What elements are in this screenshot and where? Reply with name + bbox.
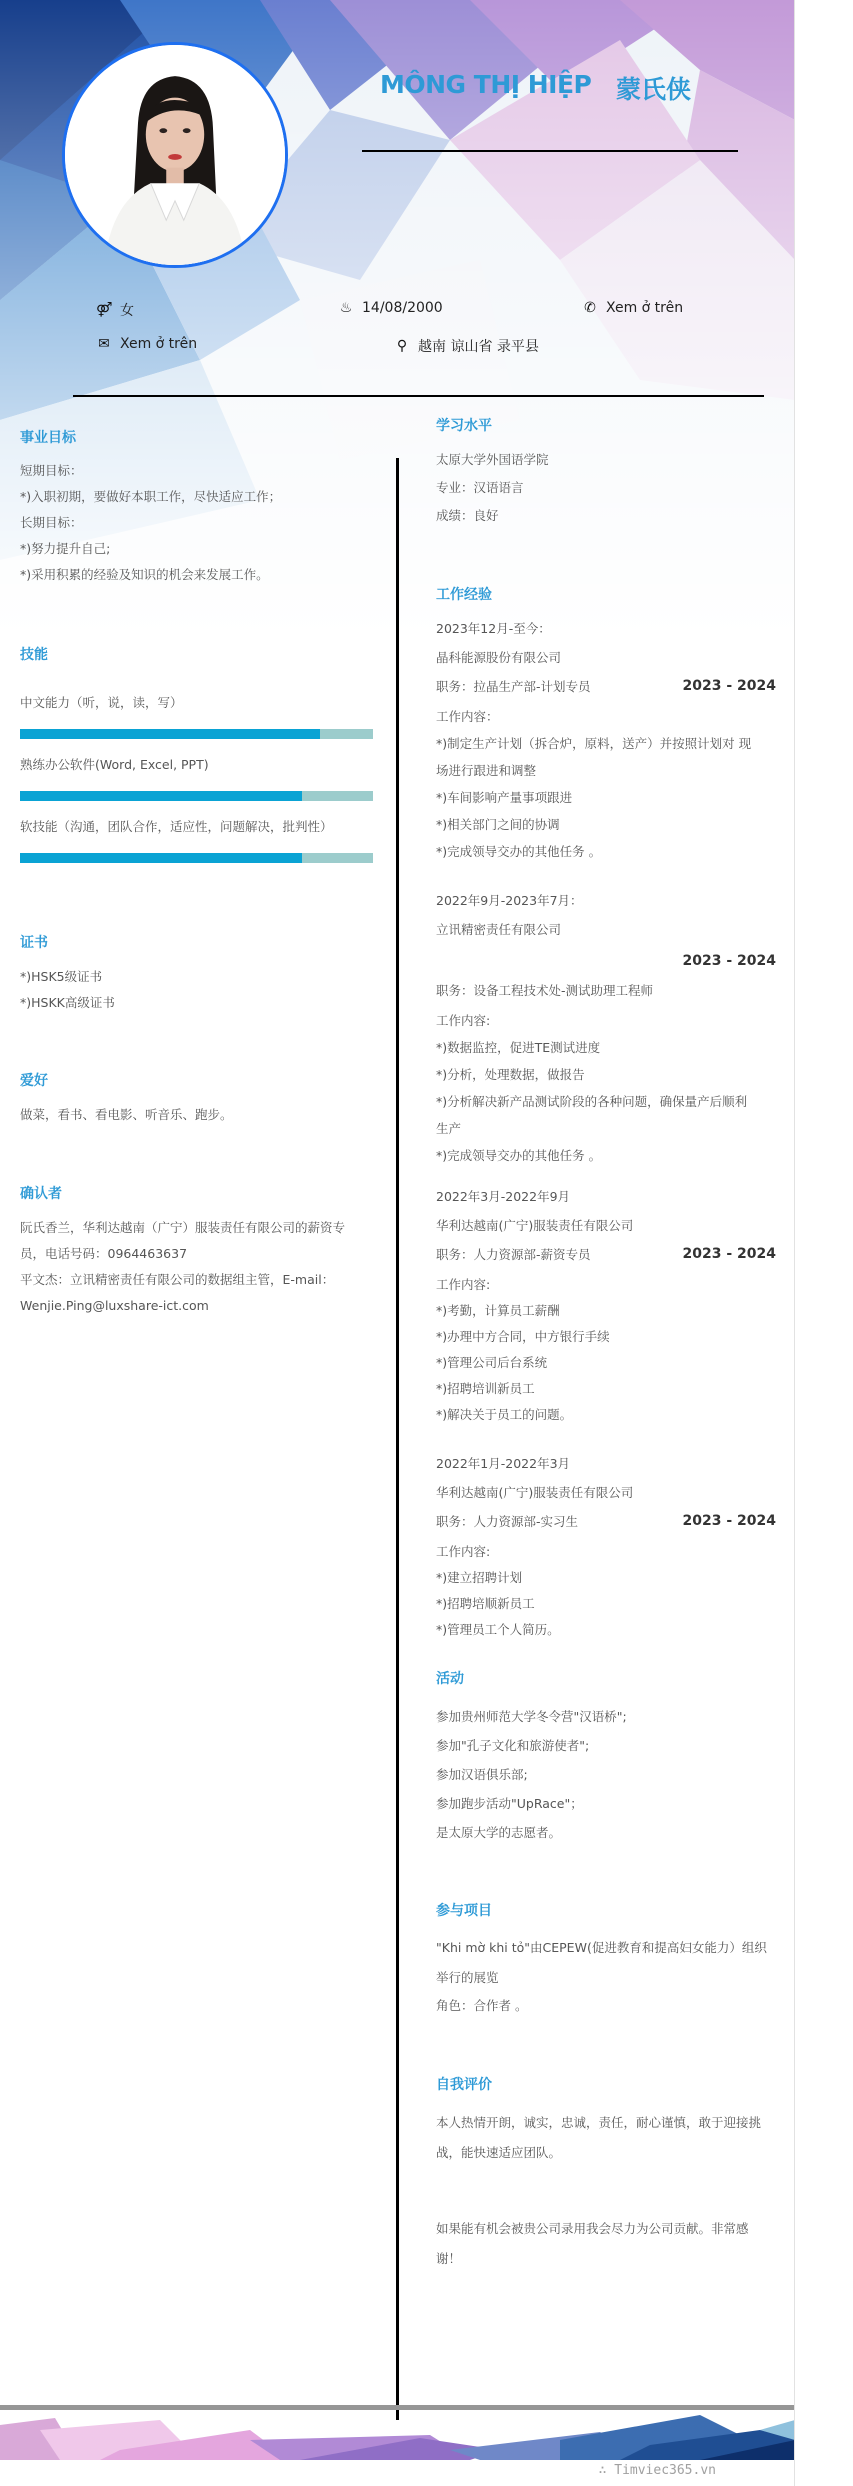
address-field: ⚲ 越南 谅山省 录平县 bbox=[394, 336, 539, 356]
activity-line: 参加贵州师范大学冬令营"汉语桥"; bbox=[436, 1704, 627, 1730]
gender-icon: ⚤ bbox=[96, 302, 112, 318]
name-vietnamese: MÔNG THỊ HIỆP bbox=[380, 70, 591, 99]
job-duty: *)解决关于员工的问题。 bbox=[436, 1402, 572, 1428]
job-duty: *)完成领导交办的其他任务 。 bbox=[436, 1143, 601, 1169]
activity-line: 参加跑步活动"UpRace"； bbox=[436, 1791, 583, 1817]
career-line: 长期目标： bbox=[20, 510, 83, 536]
job-duty: *)管理员工个人简历。 bbox=[436, 1617, 560, 1643]
job-company: 晶科能源股份有限公司 bbox=[436, 645, 561, 671]
phone-field: ✆ Xem ở trên bbox=[582, 300, 683, 316]
job-duty: 生产 bbox=[436, 1116, 461, 1142]
job-duty: *)数据监控，促进TE测试进度 bbox=[436, 1035, 600, 1061]
job-content-label: 工作内容： bbox=[436, 704, 499, 730]
section-title-experience: 工作经验 bbox=[436, 584, 492, 604]
job-duty: *)完成领导交办的其他任务 。 bbox=[436, 839, 601, 865]
job-company: 华利达越南(广宁)服装责任有限公司 bbox=[436, 1480, 633, 1506]
reference-line: 阮氏香兰，华利达越南（广宁）服装责任有限公司的薪资专 bbox=[20, 1215, 345, 1241]
map-marker-icon: ⚲ bbox=[394, 338, 410, 354]
section-title-self-eval: 自我评价 bbox=[436, 2074, 492, 2094]
certificate-line: *)HSK5级证书 bbox=[20, 964, 102, 990]
gender-field: ⚤ 女 bbox=[96, 300, 134, 320]
job-duty: *)招聘培顺新员工 bbox=[436, 1591, 535, 1617]
job-period: 2023 - 2024 bbox=[600, 1513, 776, 1529]
job-duty: *)分析解决新产品测试阶段的各种问题，确保量产后顺利 bbox=[436, 1089, 747, 1115]
job-period: 2023 - 2024 bbox=[600, 953, 776, 969]
job-position: 职务：设备工程技术处-测试助理工程师 bbox=[436, 978, 653, 1004]
skill-bar bbox=[20, 791, 373, 801]
job-date: 2022年9月-2023年7月： bbox=[436, 888, 583, 914]
reference-line: Wenjie.Ping@luxshare-ict.com bbox=[20, 1293, 209, 1319]
job-duty: *)考勤，计算员工薪酬 bbox=[436, 1298, 560, 1324]
job-date: 2023年12月-至今： bbox=[436, 616, 551, 642]
education-line: 专业：汉语语言 bbox=[436, 475, 524, 501]
career-line: *)入职初期，要做好本职工作，尽快适应工作； bbox=[20, 484, 281, 510]
job-content-label: 工作内容: bbox=[436, 1272, 490, 1298]
job-duty: *)车间影响产量事项跟进 bbox=[436, 785, 572, 811]
resume-page: MÔNG THỊ HIỆP 蒙氏侠 ⚤ 女 ♨ 14/08/2000 ✆ Xem… bbox=[0, 0, 795, 2486]
section-title-skills: 技能 bbox=[20, 644, 48, 664]
skill-label: 中文能力（听，说，读，写） bbox=[20, 690, 183, 716]
skill-label: 熟练办公软件(Word, Excel, PPT) bbox=[20, 752, 209, 778]
section-title-hobbies: 爱好 bbox=[20, 1070, 48, 1090]
activity-line: 是太原大学的志愿者。 bbox=[436, 1820, 561, 1846]
profile-photo bbox=[62, 42, 288, 268]
job-content-label: 工作内容: bbox=[436, 1539, 490, 1565]
job-position: 职务：人力资源部-薪资专员 bbox=[436, 1242, 591, 1268]
skill-label: 软技能（沟通，团队合作，适应性，问题解决，批判性） bbox=[20, 814, 333, 840]
reference-line: 员，电话号码：0964463637 bbox=[20, 1241, 187, 1267]
job-position: 职务：人力资源部-实习生 bbox=[436, 1509, 578, 1535]
skill-bar-fill bbox=[20, 729, 320, 739]
job-duty: *)招聘培训新员工 bbox=[436, 1376, 535, 1402]
column-divider bbox=[396, 458, 399, 2420]
job-position: 职务：拉晶生产部-计划专员 bbox=[436, 674, 591, 700]
header-divider bbox=[73, 395, 764, 397]
career-line: *)采用积累的经验及知识的机会来发展工作。 bbox=[20, 562, 269, 588]
closing-line: 如果能有机会被贵公司录用我会尽力为公司贡献。非常感 bbox=[436, 2216, 749, 2242]
skill-bar-fill bbox=[20, 791, 302, 801]
certificate-line: *)HSKK高级证书 bbox=[20, 990, 115, 1016]
job-date: 2022年3月-2022年9月 bbox=[436, 1184, 570, 1210]
name-chinese: 蒙氏侠 bbox=[616, 70, 691, 106]
job-period: 2023 - 2024 bbox=[600, 1246, 776, 1262]
job-duty: *)建立招聘计划 bbox=[436, 1565, 522, 1591]
section-title-certificates: 证书 bbox=[20, 932, 48, 952]
job-period: 2023 - 2024 bbox=[600, 678, 776, 694]
job-company: 华利达越南(广宁)服装责任有限公司 bbox=[436, 1213, 633, 1239]
self-eval-line: 战，能快速适应团队。 bbox=[436, 2140, 561, 2166]
job-content-label: 工作内容: bbox=[436, 1008, 490, 1034]
education-line: 太原大学外国语学院 bbox=[436, 447, 549, 473]
activity-line: 参加汉语俱乐部; bbox=[436, 1762, 528, 1788]
job-company: 立讯精密责任有限公司 bbox=[436, 917, 561, 943]
birthday-field: ♨ 14/08/2000 bbox=[338, 300, 443, 316]
skill-bar-fill bbox=[20, 853, 302, 863]
self-eval-line: 本人热情开朗，诚实，忠诚，责任，耐心谨慎，敢于迎接挑 bbox=[436, 2110, 761, 2136]
phone-icon: ✆ bbox=[582, 300, 598, 316]
job-duty: *)相关部门之间的协调 bbox=[436, 812, 560, 838]
job-date: 2022年1月-2022年3月 bbox=[436, 1451, 570, 1477]
project-line: 举行的展览 bbox=[436, 1965, 499, 1991]
job-duty: 场进行跟进和调整 bbox=[436, 758, 536, 784]
closing-line: 谢！ bbox=[436, 2246, 461, 2272]
name-underline bbox=[362, 150, 738, 152]
skill-bar bbox=[20, 729, 373, 739]
section-title-projects: 参与项目 bbox=[436, 1900, 492, 1920]
career-line: 短期目标： bbox=[20, 458, 83, 484]
job-duty: *)制定生产计划（拆合炉，原料，送产）并按照计划对 现 bbox=[436, 731, 751, 757]
job-duty: *)管理公司后台系统 bbox=[436, 1350, 547, 1376]
project-line: "Khi mờ khi tỏ"由CEPEW(促进教育和提高妇女能力）组织 bbox=[436, 1935, 767, 1961]
job-duty: *)办理中方合同，中方银行手续 bbox=[436, 1324, 610, 1350]
email-icon: ✉ bbox=[96, 336, 112, 352]
footer-decoration bbox=[0, 2410, 795, 2460]
section-title-career: 事业目标 bbox=[20, 427, 76, 447]
job-duty: *)分析，处理数据，做报告 bbox=[436, 1062, 585, 1088]
birthday-cake-icon: ♨ bbox=[338, 300, 354, 316]
activity-line: 参加"孔子文化和旅游使者"; bbox=[436, 1733, 589, 1759]
section-title-activities: 活动 bbox=[436, 1668, 464, 1688]
education-line: 成绩：良好 bbox=[436, 503, 499, 529]
project-line: 角色：合作者 。 bbox=[436, 1993, 527, 2019]
section-title-references: 确认者 bbox=[20, 1183, 62, 1203]
section-title-education: 学习水平 bbox=[436, 415, 492, 435]
skill-bar bbox=[20, 853, 373, 863]
email-field: ✉ Xem ở trên bbox=[96, 336, 197, 352]
reference-line: 平文杰：立讯精密责任有限公司的数据组主管，E-mail： bbox=[20, 1267, 334, 1293]
watermark: ∴ Timviec365.vn bbox=[599, 2463, 716, 2478]
hobbies-text: 做菜，看书、看电影、听音乐、跑步。 bbox=[20, 1102, 233, 1128]
career-line: *)努力提升自己; bbox=[20, 536, 110, 562]
